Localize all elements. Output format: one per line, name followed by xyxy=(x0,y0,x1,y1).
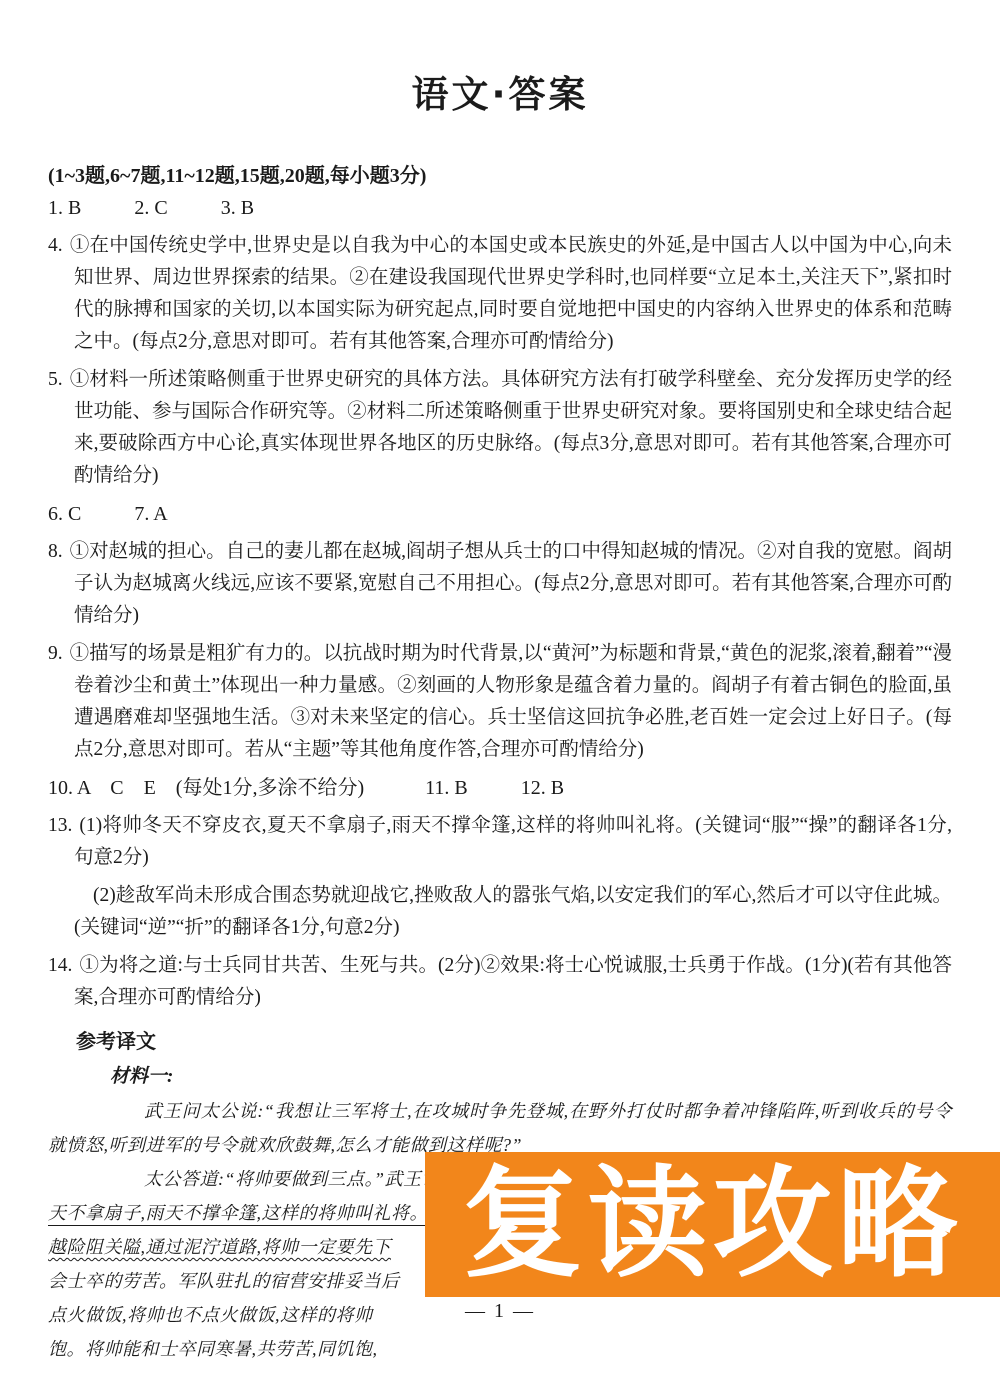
answer-3: 3. B xyxy=(221,192,254,224)
question-number-4: 4. xyxy=(48,235,63,256)
answer-text-13-1: (1)将帅冬天不穿皮衣,夏天不拿扇子,雨天不撑伞篷,这样的将帅叫礼将。(关键词“… xyxy=(74,815,952,868)
answer-text-4: ①在中国传统史学中,世界史是以自我为中心的本国史或本民族史的外延,是中国古人以中… xyxy=(70,235,952,352)
answer-item-9: 9.①描写的场景是粗犷有力的。以抗战时期为时代背景,以“黄河”为标题和背景,“黄… xyxy=(48,638,952,766)
answer-text-9: ①描写的场景是粗犷有力的。以抗战时期为时代背景,以“黄河”为标题和背景,“黄色的… xyxy=(70,643,952,760)
answer-item-5: 5.①材料一所述策略侧重于世界史研究的具体方法。具体研究方法有打破学科壁垒、充分… xyxy=(48,364,952,492)
question-number-14: 14. xyxy=(48,955,72,976)
answer-text-14: ①为将之道:与士兵同甘共苦、生死与共。(2分)②效果:将士心悦诚服,士兵勇于作战… xyxy=(74,955,952,1008)
answer-item-4: 4.①在中国传统史学中,世界史是以自我为中心的本国史或本民族史的外延,是中国古人… xyxy=(48,230,952,358)
page-title: 语文·答案 xyxy=(48,64,952,118)
answer-11: 11. B xyxy=(425,772,468,804)
translation-line-6: 饱。将帅能和士卒同寒暑,共劳苦,同饥饱, xyxy=(48,1332,952,1366)
answer-7: 7. A xyxy=(134,498,167,530)
answer-item-13-1: 13.(1)将帅冬天不穿皮衣,夏天不拿扇子,雨天不撑伞篷,这样的将帅叫礼将。(关… xyxy=(48,810,952,874)
question-number-13: 13. xyxy=(48,815,72,836)
reference-translation-heading: 参考译文 xyxy=(76,1024,952,1058)
question-number-9: 9. xyxy=(48,643,63,664)
choice-row-1-3: 1. B 2. C 3. B xyxy=(48,192,952,224)
question-number-5: 5. xyxy=(48,369,63,390)
answer-6: 6. C xyxy=(48,498,81,530)
answer-2: 2. C xyxy=(134,192,167,224)
page-number: — 1 — xyxy=(0,1300,1000,1323)
answer-12: 12. B xyxy=(521,772,564,804)
answer-item-13-2: (2)趁敌军尚未形成合围态势就迎战它,挫败敌人的嚣张气焰,以安定我们的军心,然后… xyxy=(48,880,952,944)
translation-line-3-wavy-underlined: 越险阻关隘,通过泥泞道路,将帅一定要先下 xyxy=(48,1237,391,1257)
answer-text-13-2: (2)趁敌军尚未形成合围态势就迎战它,挫败敌人的嚣张气焰,以安定我们的军心,然后… xyxy=(74,885,952,938)
translation-line-2-underlined: 天不拿扇子,雨天不撑伞篷,这样的将帅叫礼将。 xyxy=(48,1203,428,1223)
answer-item-14: 14.①为将之道:与士兵同甘共苦、生死与共。(2分)②效果:将士心悦诚服,士兵勇… xyxy=(48,950,952,1014)
scoring-note: (1~3题,6~7题,11~12题,15题,20题,每小题3分) xyxy=(48,160,952,192)
repeat-study-strategy-banner: 复读攻略 xyxy=(425,1152,1000,1297)
choice-row-10-12: 10. A C E (每处1分,多涂不给分) 11. B 12. B xyxy=(48,772,952,804)
answer-text-5: ①材料一所述策略侧重于世界史研究的具体方法。具体研究方法有打破学科壁垒、充分发挥… xyxy=(70,369,952,486)
question-number-8: 8. xyxy=(48,541,63,562)
answer-10: 10. A C E (每处1分,多涂不给分) xyxy=(48,772,364,804)
material-one-label: 材料一: xyxy=(110,1060,952,1094)
answer-item-8: 8.①对赵城的担心。自己的妻儿都在赵城,阎胡子想从兵士的口中得知赵城的情况。②对… xyxy=(48,536,952,632)
choice-row-6-7: 6. C 7. A xyxy=(48,498,952,530)
answer-text-8: ①对赵城的担心。自己的妻儿都在赵城,阎胡子想从兵士的口中得知赵城的情况。②对自我… xyxy=(70,541,952,626)
answer-1: 1. B xyxy=(48,192,81,224)
